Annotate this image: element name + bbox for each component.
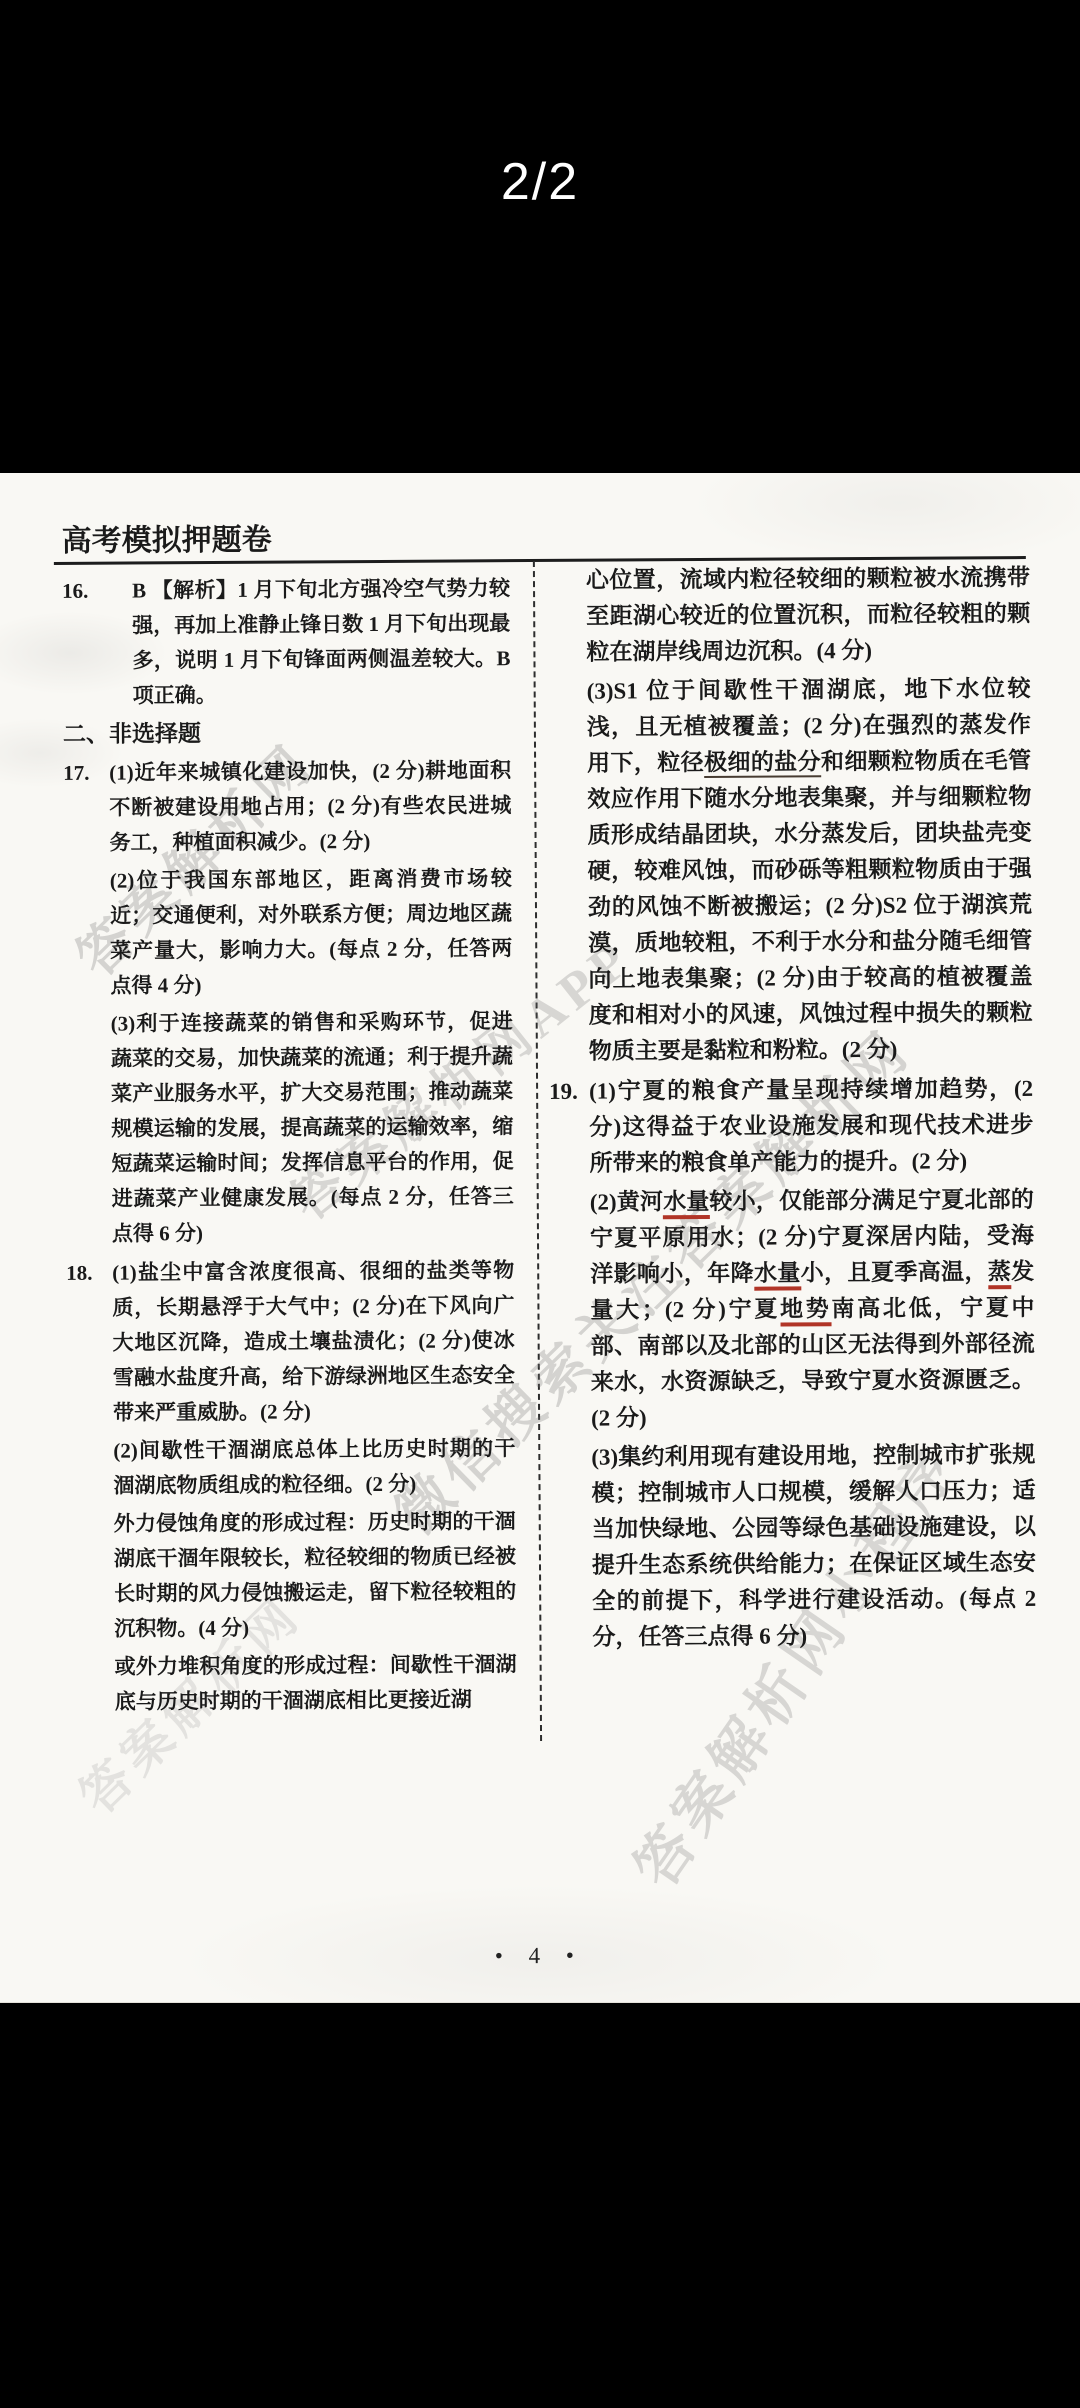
pen-marked-text: 极细的盐分 (704, 749, 821, 778)
answer-paragraph: 17.(1)近年来城镇化建设加快，(2 分)耕地面积不断被建设用地占用；(2 分… (63, 753, 512, 861)
item-number: 18. (66, 1256, 112, 1291)
pen-marked-text: 蒸 (988, 1259, 1012, 1289)
left-column: 16.B 【解析】1 月下旬北方强冷空气势力较强，再加上准静止锋日数 1 月下旬… (62, 567, 517, 1723)
answer-item-16: 16.B 【解析】1 月下旬北方强冷空气势力较强，再加上准静止锋日数 1 月下旬… (62, 571, 511, 714)
text-segment: 和细颗粒物质在毛管效应作用下随水分地表集聚，并与细颗粒物质形成结晶团块，水分蒸发… (587, 748, 1032, 1064)
answer-paragraph: (3)利于连接蔬菜的销售和采购环节，促进蔬菜的交易，加快蔬菜的流通；利于提升蔬菜… (65, 1004, 514, 1252)
pen-marked-text: 地势 (780, 1296, 832, 1326)
answer-item-19: 19.(1)宁夏的粮食产量呈现持续增加趋势，(2 分)这得益于农业设施发展和现代… (549, 1071, 1037, 1656)
pen-marked-text: B 【解析】 (132, 578, 237, 603)
page-indicator: 2/2 (0, 152, 1080, 212)
item-number: 17. (63, 756, 109, 791)
answer-item-18: 18.(1)盐尘中富含浓度很高、很细的盐类等物质，长期悬浮于大气中；(2 分)在… (66, 1253, 517, 1720)
answer-paragraph: (2)间歇性干涸湖底总体上比历史时期的干涸湖底物质组成的粒径细。(2 分) (67, 1431, 515, 1504)
item-number: 16. (62, 573, 132, 608)
answer-paragraph: (2)黄河水量较小，仅能部分满足宁夏北部的宁夏平原用水；(2 分)宁夏深居内陆，… (550, 1182, 1036, 1437)
pen-marked-text: 水量 (754, 1260, 801, 1290)
text-segment: 小，且夏季高温， (801, 1259, 988, 1285)
answer-paragraph: 18.(1)盐尘中富含浓度很高、很细的盐类等物质，长期悬浮于大气中；(2 分)在… (66, 1253, 515, 1431)
scanned-document-page[interactable]: 高考模拟押题卷 答案解析网 答案解析网APP 微信搜索关注答案解析网 答案解析网… (0, 473, 1080, 2003)
answer-paragraph: (3)S1 位于间歇性干涸湖底，地下水位较浅，且无植被覆盖；(2 分)在强烈的蒸… (547, 671, 1033, 1070)
document-content: 高考模拟押题卷 答案解析网 答案解析网APP 微信搜索关注答案解析网 答案解析网… (0, 473, 1080, 2003)
answer-paragraph: (3)集约利用现有建设用地，控制城市扩张规模；控制城市人口规模，缓解人口压力；适… (551, 1437, 1036, 1656)
answer-paragraph: 16.B 【解析】1 月下旬北方强冷空气势力较强，再加上准静止锋日数 1 月下旬… (62, 571, 511, 714)
right-column: 心位置，流域内粒径较细的颗粒被水流携带至距湖心较近的位置沉积，而粒径较粗的颗粒在… (546, 560, 1037, 1659)
answer-paragraph: 或外力堆积角度的形成过程：间歇性干涸湖底与历史时期的干涸湖底相比更接近湖 (69, 1647, 517, 1720)
answer-item-17: 17.(1)近年来城镇化建设加快，(2 分)耕地面积不断被建设用地占用；(2 分… (63, 753, 514, 1252)
column-divider (533, 561, 542, 1741)
page-number-footer: • 4 • (4, 1940, 1074, 1973)
pen-marked-text: 水量 (663, 1189, 710, 1219)
answer-paragraph: 外力侵蚀角度的形成过程：历史时期的干涸湖底干涸年限较长，粒径较细的物质已经被长时… (68, 1504, 517, 1647)
document-header-title: 高考模拟押题卷 (62, 515, 272, 560)
text-segment: (2)黄河 (590, 1189, 664, 1214)
item-number: 19. (549, 1074, 589, 1110)
answer-paragraph-continued: 心位置，流域内粒径较细的颗粒被水流携带至距湖心较近的位置沉积，而粒径较粗的颗粒在… (546, 560, 1031, 671)
answer-paragraph: 19.(1)宁夏的粮食产量呈现持续增加趋势，(2 分)这得益于农业设施发展和现代… (549, 1071, 1034, 1182)
answer-paragraph: (2)位于我国东部地区，距离消费市场较近；交通便利，对外联系方便；周边地区蔬菜产… (64, 861, 513, 1004)
section-heading: 二、非选择题 (63, 714, 511, 752)
